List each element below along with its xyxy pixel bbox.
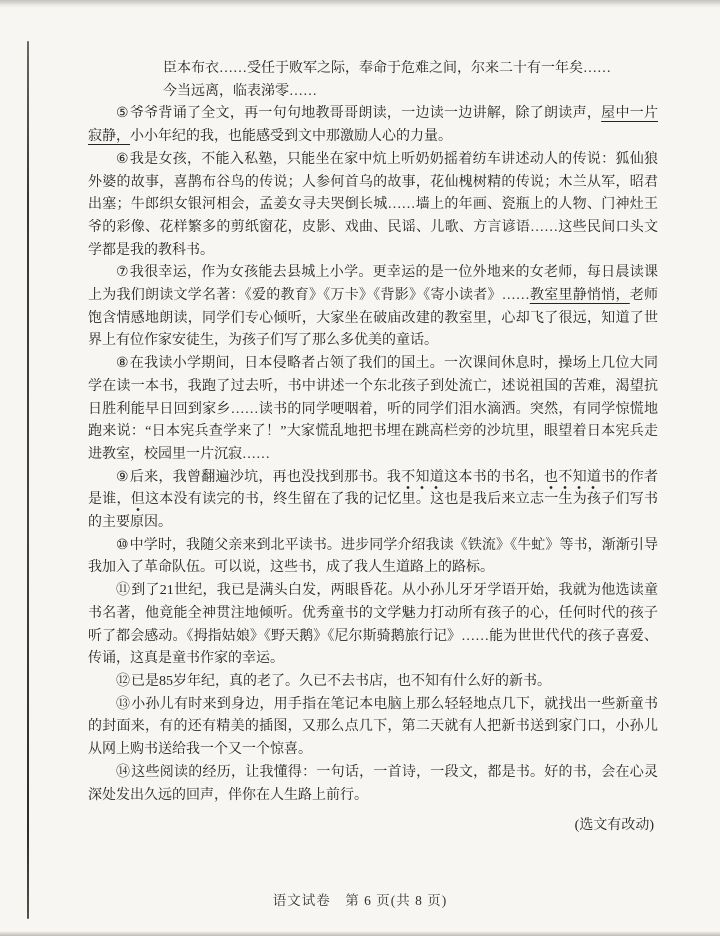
emphasis-dots-phrase: 但	[131, 492, 145, 511]
passage-paragraph: ⑥我是女孩，不能入私塾，只能坐在家中炕上听奶奶摇着纺车讲述动人的传说：狐仙狼外婆…	[88, 149, 658, 263]
paragraph-number: ⑤	[116, 106, 129, 121]
text-segment: 这些阅读的经历，让我懂得：一句话，一首诗，一段文，都是书。好的书，会在心灵深处发…	[88, 765, 658, 803]
quote-block: 臣本布衣……受任于败军之际，奉命于危难之间，尔来二十有一年矣……今当远离，临表涕…	[88, 58, 658, 103]
emphasis-dots-phrase: 不知道	[401, 470, 444, 489]
paragraph-number: ⑥	[116, 152, 129, 167]
underlined-phrase: 教室里静悄悄，	[530, 288, 630, 303]
text-segment: 这本没有读完的书，终生留在了我的记忆里。这也是我后来立志一生为孩子们写书的主要原…	[88, 492, 658, 530]
paragraph-number: ⑭	[116, 765, 130, 780]
text-segment: 这本书的书名，	[444, 470, 544, 485]
passage-paragraph: ⑬小孙儿有时来到身边，用手指在笔记本电脑上那么轻轻地点几下，就找出一些新童书的封…	[88, 694, 658, 762]
passage-paragraph: ⑪到了21世纪，我已是满头白发，两眼昏花。从小孙儿牙牙学语开始，我就为他选读童书…	[88, 580, 658, 671]
paragraph-number: ⑩	[116, 538, 129, 553]
text-segment: 已是85岁年纪，真的老了。久已不去书店，也不知有什么好的新书。	[131, 674, 551, 689]
text-segment: 我是女孩，不能入私塾，只能坐在家中炕上听奶奶摇着纺车讲述动人的传说：狐仙狼外婆的…	[88, 152, 658, 258]
text-segment: 在我读小学期间，日本侵略者占领了我们的国土。一次课间休息时，操场上几位大同学在读…	[88, 356, 658, 462]
page-footer: 语文试卷 第 6 页(共 8 页)	[0, 889, 720, 909]
text-segment: 到了21世纪，我已是满头白发，两眼昏花。从小孙儿牙牙学语开始，我就为他选读童书名…	[88, 583, 658, 666]
scan-edge-top	[0, 0, 720, 8]
quote-line: 今当远离，临表涕零……	[88, 81, 658, 104]
paragraph-number: ⑧	[116, 356, 129, 371]
text-segment: 小孙儿有时来到身边，用手指在笔记本电脑上那么轻轻地点几下，就找出一些新童书的封面…	[88, 697, 658, 757]
binding-line	[27, 41, 29, 919]
passage-paragraph: ⑩中学时，我随父亲来到北平读书。进步同学介绍我读《铁流》《牛虻》等书，渐渐引导我…	[88, 535, 658, 580]
paragraph-number: ⑬	[116, 697, 130, 712]
text-segment: 爷爷背诵了全文，再一句句地教哥哥朗读，一边读一边讲解，除了朗读声，	[130, 106, 601, 121]
exam-page: 臣本布衣……受任于败军之际，奉命于危难之间，尔来二十有一年矣……今当远离，临表涕…	[0, 0, 720, 936]
text-segment: 小小年纪的我，也能感受到文中那激励人心的力量。	[130, 129, 452, 144]
text-segment: 中学时，我随父亲来到北平读书。进步同学介绍我读《铁流》《牛虻》等书，渐渐引导我加…	[88, 538, 658, 576]
quote-line: 臣本布衣……受任于败军之际，奉命于危难之间，尔来二十有一年矣……	[88, 58, 658, 81]
passage-paragraph: ⑧在我读小学期间，日本侵略者占领了我们的国土。一次课间休息时，操场上几位大同学在…	[88, 353, 658, 467]
attribution-note: (选文有改动)	[88, 815, 658, 838]
paragraph-number: ⑪	[116, 583, 130, 598]
passage-paragraph: ⑦我很幸运，作为女孩能去县城上小学。更幸运的是一位外地来的女老师，每日晨读课上为…	[88, 262, 658, 353]
emphasis-dots-phrase: 也不知道	[544, 470, 601, 489]
passage-paragraph: ⑨后来，我曾翻遍沙坑，再也没找到那书。我不知道这本书的书名，也不知道书的作者是谁…	[88, 467, 658, 535]
paragraph-number: ⑨	[116, 470, 129, 485]
reading-passage: 臣本布衣……受任于败军之际，奉命于危难之间，尔来二十有一年矣……今当远离，临表涕…	[88, 58, 658, 838]
passage-paragraphs: ⑤爷爷背诵了全文，再一句句地教哥哥朗读，一边读一边讲解，除了朗读声，屋中一片寂静…	[88, 103, 658, 807]
passage-paragraph: ⑤爷爷背诵了全文，再一句句地教哥哥朗读，一边读一边讲解，除了朗读声，屋中一片寂静…	[88, 103, 658, 148]
passage-paragraph: ⑫已是85岁年纪，真的老了。久已不去书店，也不知有什么好的新书。	[88, 671, 658, 694]
paragraph-number: ⑦	[116, 265, 129, 280]
paragraph-number: ⑫	[116, 674, 130, 689]
scan-edge-bottom	[0, 931, 720, 936]
passage-paragraph: ⑭这些阅读的经历，让我懂得：一句话，一首诗，一段文，都是书。好的书，会在心灵深处…	[88, 762, 658, 807]
text-segment: 后来，我曾翻遍沙坑，再也没找到那书。我	[130, 470, 401, 485]
